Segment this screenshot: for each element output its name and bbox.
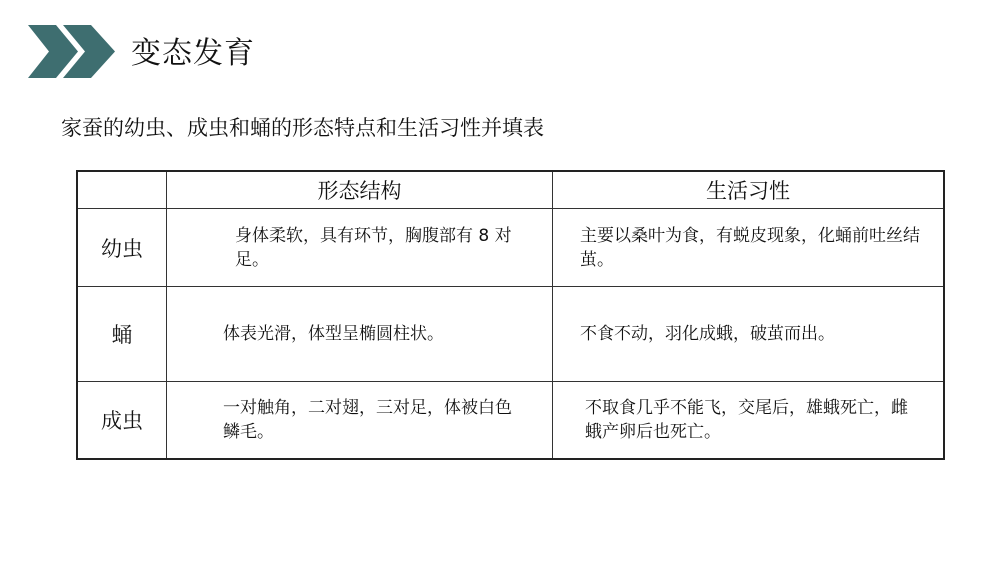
column-header-morphology: 形态结构 bbox=[167, 171, 553, 209]
cell-text: 主要以桑叶为食，有蜕皮现象，化蛹前吐丝结茧。 bbox=[553, 224, 943, 272]
cell-habits: 不食不动，羽化成蛾，破茧而出。 bbox=[553, 287, 945, 382]
cell-text: 身体柔软，具有环节，胸腹部有 8 对足。 bbox=[167, 224, 552, 272]
cell-text: 一对触角，二对翅，三对足，体被白色鳞毛。 bbox=[167, 396, 552, 444]
cell-text: 不取食几乎不能飞，交尾后，雄蛾死亡，雌蛾产卵后也死亡。 bbox=[553, 396, 943, 444]
row-header-pupa: 蛹 bbox=[77, 287, 167, 382]
double-chevron-right-icon bbox=[28, 25, 118, 78]
metamorphosis-table: 形态结构 生活习性 幼虫 身体柔软，具有环节，胸腹部有 8 对足。 主要以桑叶为… bbox=[76, 170, 945, 460]
cell-habits: 主要以桑叶为食，有蜕皮现象，化蛹前吐丝结茧。 bbox=[553, 209, 945, 287]
table-row: 蛹 体表光滑，体型呈椭圆柱状。 不食不动，羽化成蛾，破茧而出。 bbox=[77, 287, 944, 382]
page-title: 变态发育 bbox=[131, 34, 255, 74]
cell-text: 体表光滑，体型呈椭圆柱状。 bbox=[167, 322, 552, 346]
column-header-habits: 生活习性 bbox=[553, 171, 945, 209]
cell-morphology: 身体柔软，具有环节，胸腹部有 8 对足。 bbox=[167, 209, 553, 287]
cell-morphology: 体表光滑，体型呈椭圆柱状。 bbox=[167, 287, 553, 382]
row-header-larva: 幼虫 bbox=[77, 209, 167, 287]
cell-habits: 不取食几乎不能飞，交尾后，雄蛾死亡，雌蛾产卵后也死亡。 bbox=[553, 382, 945, 459]
cell-text: 不食不动，羽化成蛾，破茧而出。 bbox=[553, 322, 943, 346]
table-corner-cell bbox=[77, 171, 167, 209]
row-header-adult: 成虫 bbox=[77, 382, 167, 459]
table-row: 幼虫 身体柔软，具有环节，胸腹部有 8 对足。 主要以桑叶为食，有蜕皮现象，化蛹… bbox=[77, 209, 944, 287]
instruction-text: 家蚕的幼虫、成虫和蛹的形态特点和生活习性并填表 bbox=[61, 113, 544, 143]
table-header-row: 形态结构 生活习性 bbox=[77, 171, 944, 209]
table-row: 成虫 一对触角，二对翅，三对足，体被白色鳞毛。 不取食几乎不能飞，交尾后，雄蛾死… bbox=[77, 382, 944, 459]
cell-morphology: 一对触角，二对翅，三对足，体被白色鳞毛。 bbox=[167, 382, 553, 459]
